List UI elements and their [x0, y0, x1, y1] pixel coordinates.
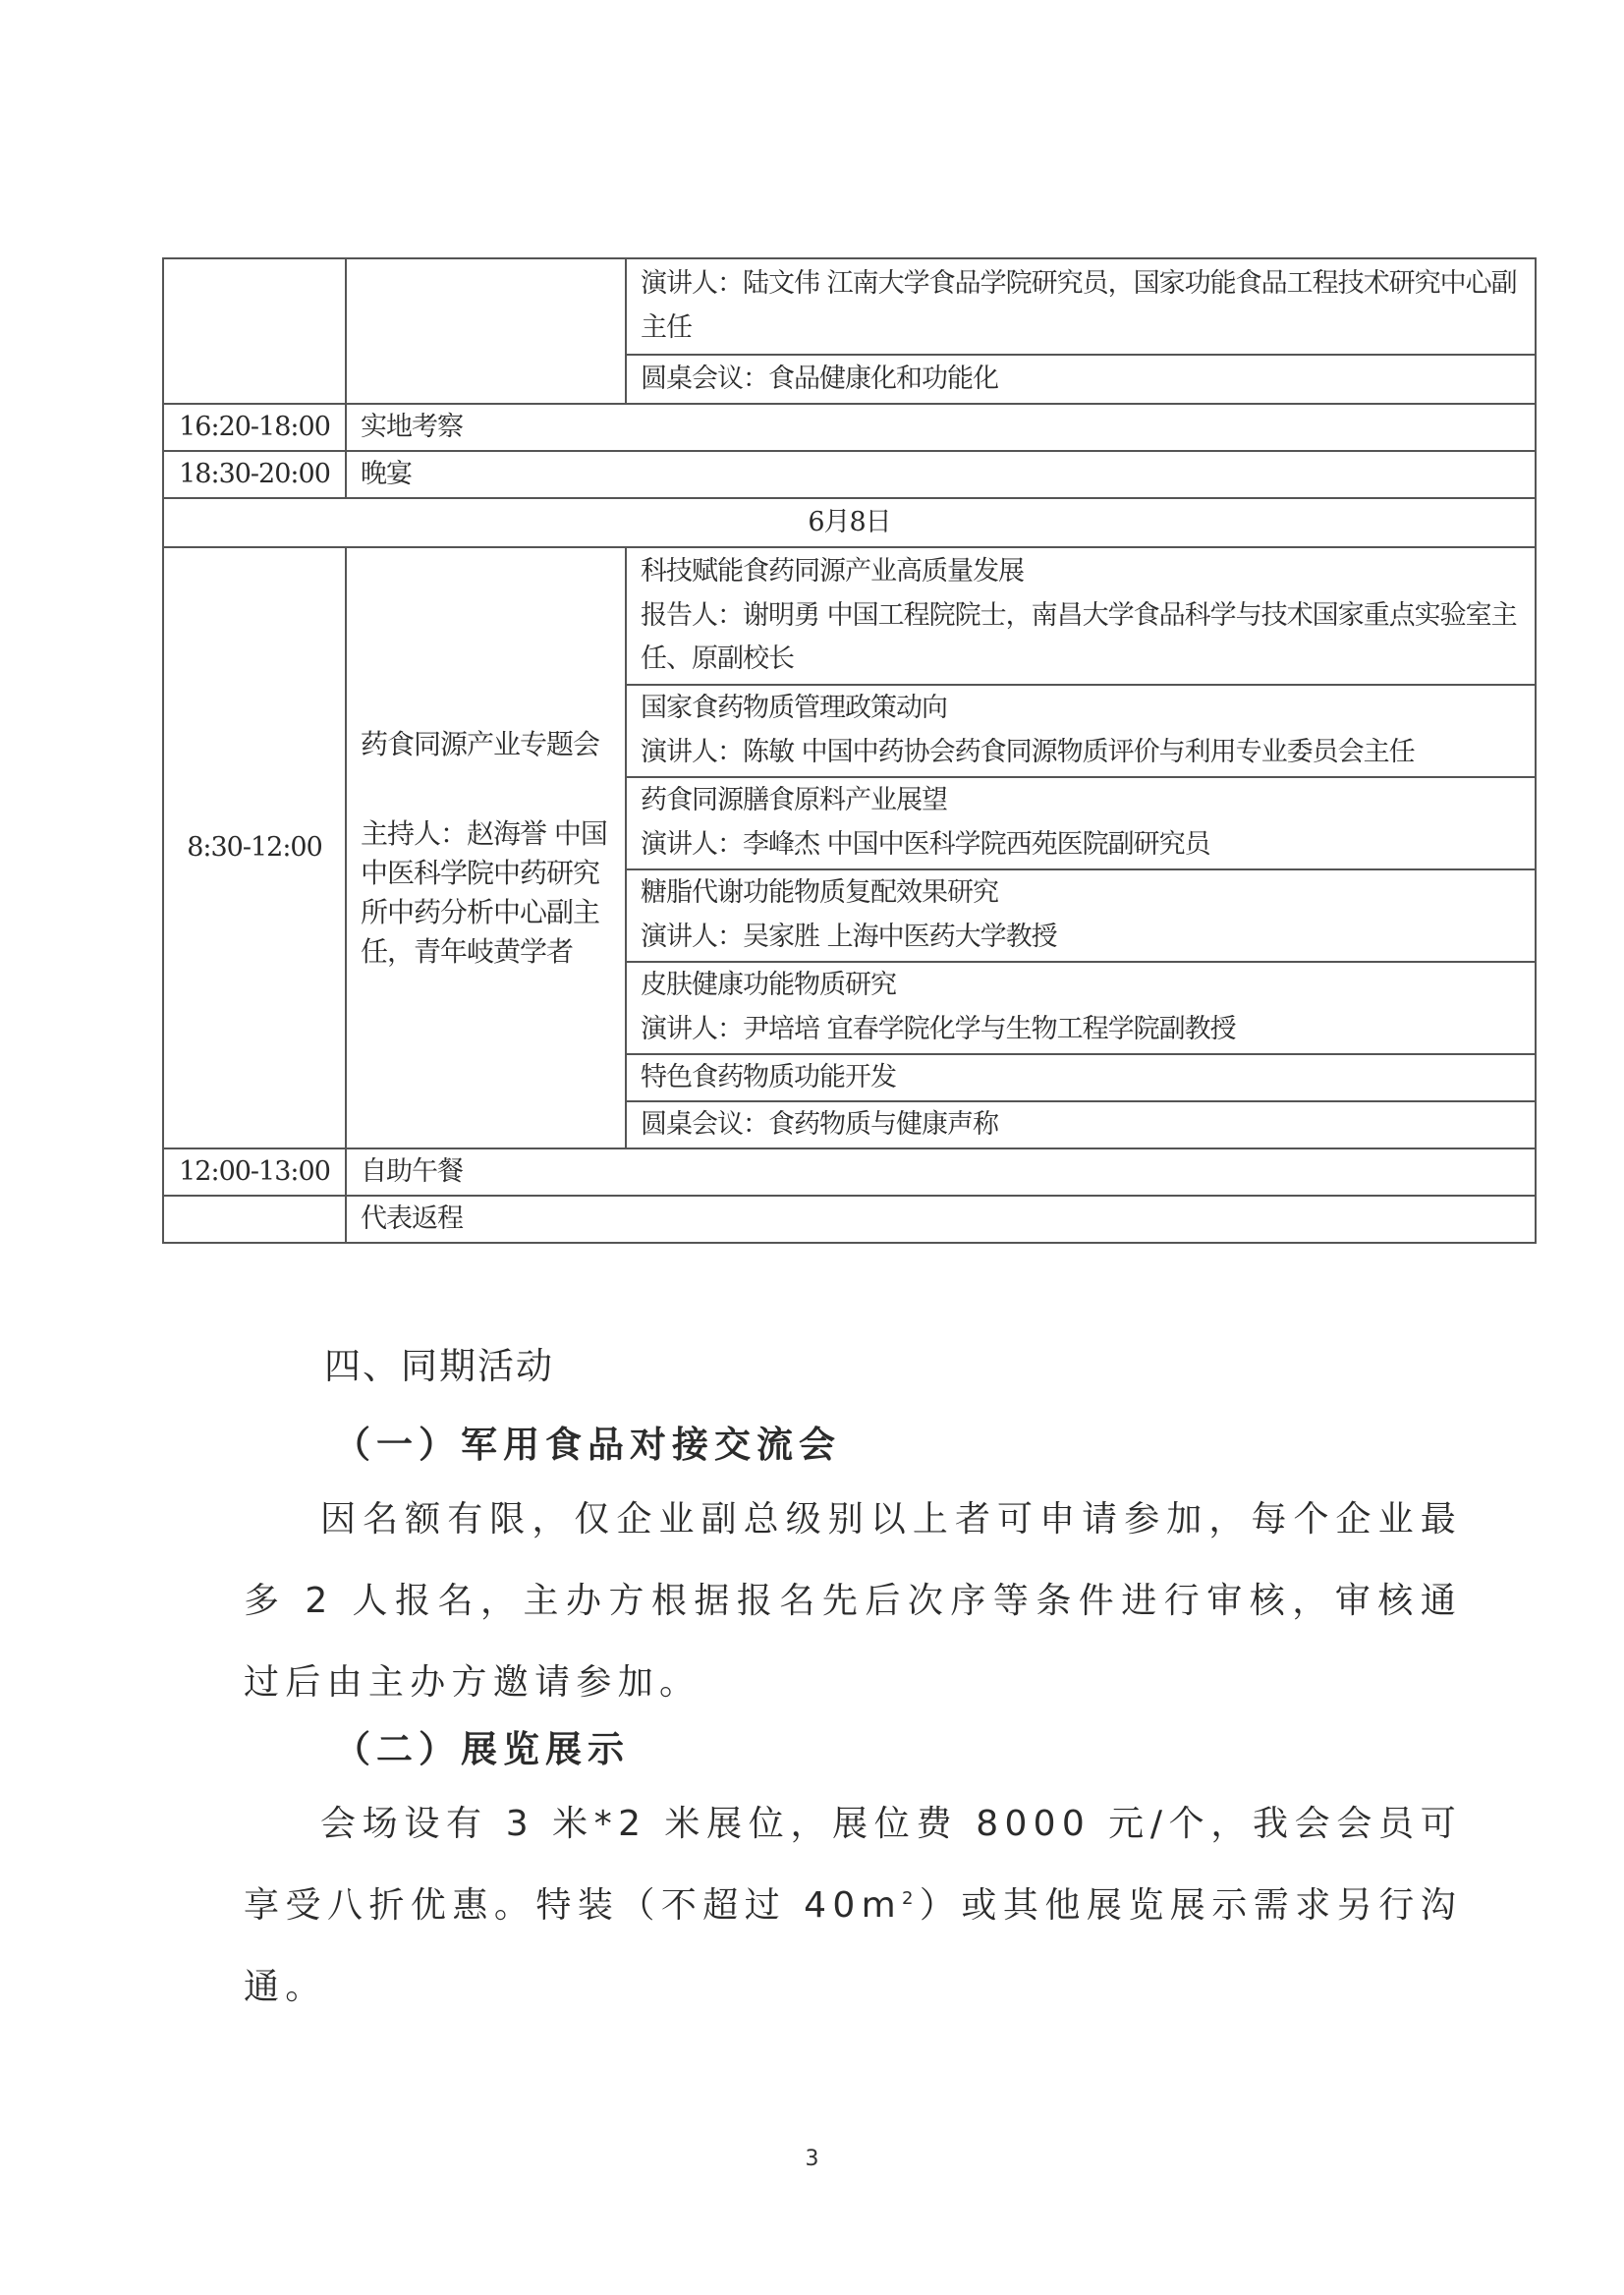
topic-title: 糖脂代谢功能物质复配效果研究: [641, 871, 1521, 916]
topic-speaker: 演讲人：尹培培 宜春学院化学与生物工程学院副教授: [641, 1008, 1521, 1052]
roundtable-line: 圆桌会议：食品健康化和功能化: [641, 358, 1521, 402]
topic-cell: 皮肤健康功能物质研究 演讲人：尹培培 宜春学院化学与生物工程学院副教授: [626, 962, 1536, 1054]
speaker-line: 演讲人：陆文伟 江南大学食品学院研究员，国家功能食品工程技术研究中心副主任: [641, 262, 1521, 350]
table-row: 演讲人：陆文伟 江南大学食品学院研究员，国家功能食品工程技术研究中心副主任: [163, 258, 1536, 355]
time-cell: 8:30-12:00: [163, 547, 346, 1148]
activity-cell: 晚宴: [346, 451, 1536, 498]
table-row: 8:30-12:00 药食同源产业专题会 主持人：赵海誉 中国中医科学院中药研究…: [163, 547, 1536, 685]
section-heading: 四、同期活动: [324, 1336, 554, 1389]
topic-title: 国家食药物质管理政策动向: [641, 687, 1521, 731]
topic-speaker: 演讲人：陈敏 中国中药协会药食同源物质评价与利用专业委员会主任: [641, 731, 1521, 775]
subsection-heading: （一）军用食品对接交流会: [334, 1415, 841, 1468]
time-cell: [163, 258, 346, 404]
topic-cell: 演讲人：陆文伟 江南大学食品学院研究员，国家功能食品工程技术研究中心副主任: [626, 258, 1536, 355]
time-cell: [163, 1196, 346, 1243]
topic-title: 圆桌会议：食药物质与健康声称: [641, 1103, 1521, 1147]
session-cell: [346, 258, 626, 404]
topic-title: 特色食药物质功能开发: [641, 1056, 1521, 1100]
topic-title: 药食同源膳食原料产业展望: [641, 779, 1521, 823]
topic-speaker: 演讲人：吴家胜 上海中医药大学教授: [641, 916, 1521, 960]
date-header-row: 6月8日: [163, 498, 1536, 547]
page-number: 3: [0, 2147, 1624, 2171]
table-row: 16:20-18:00 实地考察: [163, 404, 1536, 451]
topic-title: 皮肤健康功能物质研究: [641, 964, 1521, 1008]
topic-cell: 糖脂代谢功能物质复配效果研究 演讲人：吴家胜 上海中医药大学教授: [626, 869, 1536, 962]
topic-cell: 圆桌会议：食药物质与健康声称: [626, 1101, 1536, 1148]
time-cell: 16:20-18:00: [163, 404, 346, 451]
table-row: 12:00-13:00 自助午餐: [163, 1148, 1536, 1196]
time-cell: 18:30-20:00: [163, 451, 346, 498]
activity-cell: 代表返程: [346, 1196, 1536, 1243]
paragraph: 因名额有限，仅企业副总级别以上者可申请参加，每个企业最多 2 人报名，主办方根据…: [244, 1479, 1462, 1723]
date-header: 6月8日: [163, 498, 1536, 547]
topic-title: 科技赋能食药同源产业高质量发展: [641, 550, 1521, 594]
topic-cell: 国家食药物质管理政策动向 演讲人：陈敏 中国中药协会药食同源物质评价与利用专业委…: [626, 685, 1536, 777]
topic-cell: 圆桌会议：食品健康化和功能化: [626, 355, 1536, 404]
session-cell: 药食同源产业专题会 主持人：赵海誉 中国中医科学院中药研究所中药分析中心副主任，…: [346, 547, 626, 1148]
topic-cell: 科技赋能食药同源产业高质量发展 报告人：谢明勇 中国工程院院士，南昌大学食品科学…: [626, 547, 1536, 685]
schedule-table: 演讲人：陆文伟 江南大学食品学院研究员，国家功能食品工程技术研究中心副主任 圆桌…: [162, 257, 1537, 1244]
superscript: 2: [902, 1888, 920, 1909]
time-cell: 12:00-13:00: [163, 1148, 346, 1196]
topic-cell: 特色食药物质功能开发: [626, 1054, 1536, 1101]
paragraph: 会场设有 3 米*2 米展位，展位费 8000 元/个，我会会员可享受八折优惠。…: [244, 1783, 1462, 2028]
topic-cell: 药食同源膳食原料产业展望 演讲人：李峰杰 中国中医科学院西苑医院副研究员: [626, 777, 1536, 869]
topic-speaker: 报告人：谢明勇 中国工程院院士，南昌大学食品科学与技术国家重点实验室主任、原副校…: [641, 594, 1521, 682]
activity-cell: 实地考察: [346, 404, 1536, 451]
table-row: 18:30-20:00 晚宴: [163, 451, 1536, 498]
topic-speaker: 演讲人：李峰杰 中国中医科学院西苑医院副研究员: [641, 823, 1521, 868]
session-title: 药食同源产业专题会: [361, 725, 611, 764]
activity-cell: 自助午餐: [346, 1148, 1536, 1196]
subsection-heading: （二）展览展示: [334, 1719, 630, 1772]
table-row: 代表返程: [163, 1196, 1536, 1243]
document-page: 演讲人：陆文伟 江南大学食品学院研究员，国家功能食品工程技术研究中心副主任 圆桌…: [0, 0, 1624, 2295]
session-host: 主持人：赵海誉 中国中医科学院中药研究所中药分析中心副主任，青年岐黄学者: [361, 817, 607, 967]
